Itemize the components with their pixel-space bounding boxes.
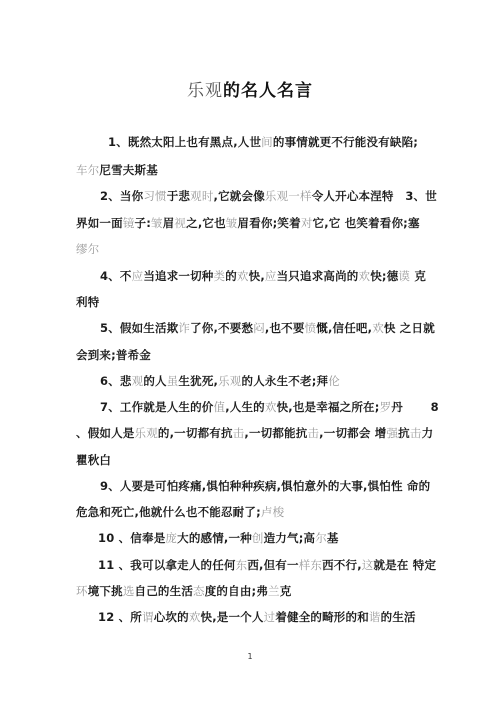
text-segment: 丹 8 [391, 400, 439, 414]
text-segment: 欢 [359, 269, 371, 283]
text-segment: 心坎的 [154, 610, 189, 624]
text-segment: 选 [123, 584, 135, 598]
text-segment: 欢 [265, 400, 277, 414]
text-line: 、假如人是乐观的,一切都有抗击,一切都能抗击,一切都会 增强抗击力 [76, 425, 433, 441]
text-line: 6、悲观的人虽生犹死,乐观的人永生不老;拜伦 [100, 373, 340, 389]
text-segment: 于悲 [167, 189, 190, 203]
text-line: 缪尔 [76, 241, 99, 257]
text-segment: 虽 [167, 374, 179, 388]
text-line: 1、既然太阳上也有黑点,人世间的事情就更不行能没有缺陷; [108, 134, 418, 150]
text-segment: 强 [386, 426, 398, 440]
text-segment: 快,也是幸福之所在; [277, 400, 380, 414]
text-line: 5、假如生活欺诈了你,不要愁闷,也不要愤慨,信任吧,欢快 之日就 [100, 320, 435, 336]
text-segment: 创 [252, 531, 264, 545]
text-segment: 伦 [328, 374, 340, 388]
text-segment: 车尔 [76, 163, 99, 177]
text-segment: 抗 [398, 426, 410, 440]
text-segment: 2、当你 [100, 189, 143, 203]
text-segment: 克 [410, 269, 426, 283]
text-segment: 着健全的畸形的和 [275, 610, 369, 624]
text-segment: 令人开心本涅特 3、世 [312, 189, 437, 203]
text-line: 10 、信奉是庞大的感情,一种创造力气;高尔基 [98, 530, 339, 546]
text-segment: 危急和死亡,他就什么也不能忍耐了; [76, 505, 261, 519]
text-segment: 环 [76, 584, 88, 598]
text-segment: 对 [301, 216, 313, 230]
text-segment: 愤 [305, 321, 317, 335]
text-segment: 5、假如生活欺 [100, 321, 178, 335]
text-segment: 就是在 特定 [373, 558, 436, 572]
text-line: 利特 [76, 294, 99, 310]
text-segment: 生犹死, [178, 374, 218, 388]
text-segment: 过 [264, 610, 276, 624]
text-segment: 11 、我可以拿走人的任何 [98, 558, 236, 572]
text-segment: 谟 [398, 269, 410, 283]
text-segment: 12 、所 [98, 610, 142, 624]
text-line: 12 、所谓心坎的欢快,是一个人过着健全的畸形的和谐的生活 [98, 609, 416, 625]
text-segment: 观时 [190, 189, 213, 203]
text-segment: 欢 [237, 269, 249, 283]
text-line: 4、不应当追求一切种类的欢快,应当只追求高尚的欢快;德谟 克 [100, 268, 426, 284]
text-segment: 尼雪夫斯基 [99, 163, 158, 177]
text-segment: 的人 [143, 374, 166, 388]
text-line: 7、工作就是人生的价值,人生的欢快,也是幸福之所在;罗丹 8 [100, 399, 439, 415]
text-segment: 4、不 [100, 269, 132, 283]
text-segment: ,人生的 [225, 400, 265, 414]
text-segment: 9、人要是可怕疼痛,惧怕种种疾病,惧怕意外的大事,惧怕性 命的 [100, 479, 430, 493]
text-segment: 当只追求高尚的 [277, 269, 359, 283]
text-segment: 击 [410, 426, 422, 440]
text-segment: 快, [249, 269, 265, 283]
text-segment: 眉看你;笑着 [238, 216, 301, 230]
text-segment: 的事情就更不行能没有缺陷; [273, 135, 418, 149]
text-segment: 尔 [315, 531, 327, 545]
text-segment: 力 [422, 426, 434, 440]
text-segment: 1、既然太阳上也有黑点,人世 [108, 135, 261, 149]
text-line: 瞿秋白 [76, 452, 111, 468]
page-number: 1 [0, 652, 500, 661]
text-segment: 谓 [142, 610, 154, 624]
text-segment: 慨,信任吧, [316, 321, 372, 335]
text-segment: 快;德 [370, 269, 398, 283]
text-segment: 乐观 [135, 426, 158, 440]
text-segment: 了你,不要愁 [190, 321, 253, 335]
text-line: 危急和死亡,他就什么也不能忍耐了;卢梭 [76, 504, 284, 520]
text-segment: 、假如人是 [76, 426, 135, 440]
text-segment: 习惯 [143, 189, 166, 203]
text-segment: 基 [327, 531, 339, 545]
text-segment: 自己的生活 [135, 584, 194, 598]
text-segment: 会到来;普希金 [76, 348, 151, 362]
text-line: 环境下挑选自己的生活态度的自由;弗兰克 [76, 583, 291, 599]
text-segment: 瞿秋白 [76, 453, 111, 467]
document-title: 乐观的名人名言 [0, 76, 500, 101]
text-segment: 击 [307, 426, 319, 440]
text-segment: 击 [233, 426, 245, 440]
text-segment: 欢 [372, 321, 384, 335]
text-segment: 这 [362, 558, 374, 572]
text-segment: 当追求一切种 [143, 269, 213, 283]
text-segment: 欢 [189, 610, 201, 624]
text-segment: 皱 [226, 216, 238, 230]
text-segment: 兰 [268, 584, 280, 598]
text-line: 车尔尼雪夫斯基 [76, 162, 158, 178]
text-line: 界如一面镜子:皱眉视之,它也皱眉看你;笑着对它,它 也笑着看你;塞 [76, 215, 420, 231]
title-segment: 乐观 [187, 81, 223, 101]
text-segment: 6、悲 [100, 374, 132, 388]
text-segment: 的生活 [381, 610, 416, 624]
text-segment: 界如一面 [76, 216, 123, 230]
text-segment: 缪尔 [76, 242, 99, 256]
title-segment: 的名人名言 [223, 81, 313, 101]
text-line: 11 、我可以拿走人的任何东西,但有一样东西不行,这就是在 特定 [98, 557, 436, 573]
text-segment: 度的自由;弗 [205, 584, 268, 598]
text-segment: 谐 [369, 610, 381, 624]
text-segment: 7、工作就是人生的价 [100, 400, 214, 414]
text-segment: 乐观 [218, 374, 241, 388]
text-segment: ,一切都能抗 [244, 426, 307, 440]
text-segment: ,它就会像 [214, 189, 265, 203]
text-segment: 眉 [163, 216, 175, 230]
text-segment: ,一切都会 增 [319, 426, 386, 440]
text-segment: 10 、信奉是 [98, 531, 165, 545]
text-segment: 闷 [253, 321, 265, 335]
text-segment: 类 [214, 269, 226, 283]
text-segment: 的 [225, 269, 237, 283]
text-segment: 诈 [178, 321, 190, 335]
text-segment: 利特 [76, 295, 99, 309]
text-segment: ,也不要 [265, 321, 305, 335]
text-segment: 的人永生不老;拜 [242, 374, 329, 388]
text-segment: 值 [214, 400, 226, 414]
text-segment: 卢梭 [261, 505, 284, 519]
text-segment: 的,一切都有抗 [158, 426, 233, 440]
text-segment: 克 [280, 584, 292, 598]
text-segment: 镜 [123, 216, 135, 230]
text-line: 9、人要是可怕疼痛,惧怕种种疾病,惧怕意外的大事,惧怕性 命的 [100, 478, 430, 494]
document-page: 乐观的名人名言 1、既然太阳上也有黑点,人世间的事情就更不行能没有缺陷;车尔尼雪… [0, 0, 500, 708]
text-segment: 境下挑 [88, 584, 123, 598]
text-segment: 之,它也 [186, 216, 226, 230]
text-segment: 西不行, [322, 558, 362, 572]
text-segment: 样东 [299, 558, 322, 572]
text-segment: 快 之日就 [384, 321, 435, 335]
text-segment: 应 [265, 269, 277, 283]
text-segment: 它,它 也笑着看你;塞 [313, 216, 420, 230]
text-segment: 乐观一样 [265, 189, 312, 203]
text-segment: 罗 [380, 400, 392, 414]
text-segment: 应 [132, 269, 144, 283]
text-segment: 皱 [151, 216, 163, 230]
text-segment: 西,但有一 [247, 558, 298, 572]
text-segment: 庞 [165, 531, 177, 545]
text-segment: 大的感情,一种 [177, 531, 252, 545]
text-segment: 态 [193, 584, 205, 598]
text-segment: 间 [261, 135, 273, 149]
text-line: 2、当你习惯于悲观时,它就会像乐观一样令人开心本涅特 3、世 [100, 188, 437, 204]
text-segment: 快,是一个人 [201, 610, 264, 624]
text-segment: 造力气;高 [264, 531, 316, 545]
text-segment: 观 [132, 374, 144, 388]
text-segment: 子: [135, 216, 152, 230]
text-line: 会到来;普希金 [76, 347, 151, 363]
text-segment: 东 [236, 558, 248, 572]
text-segment: 视 [174, 216, 186, 230]
